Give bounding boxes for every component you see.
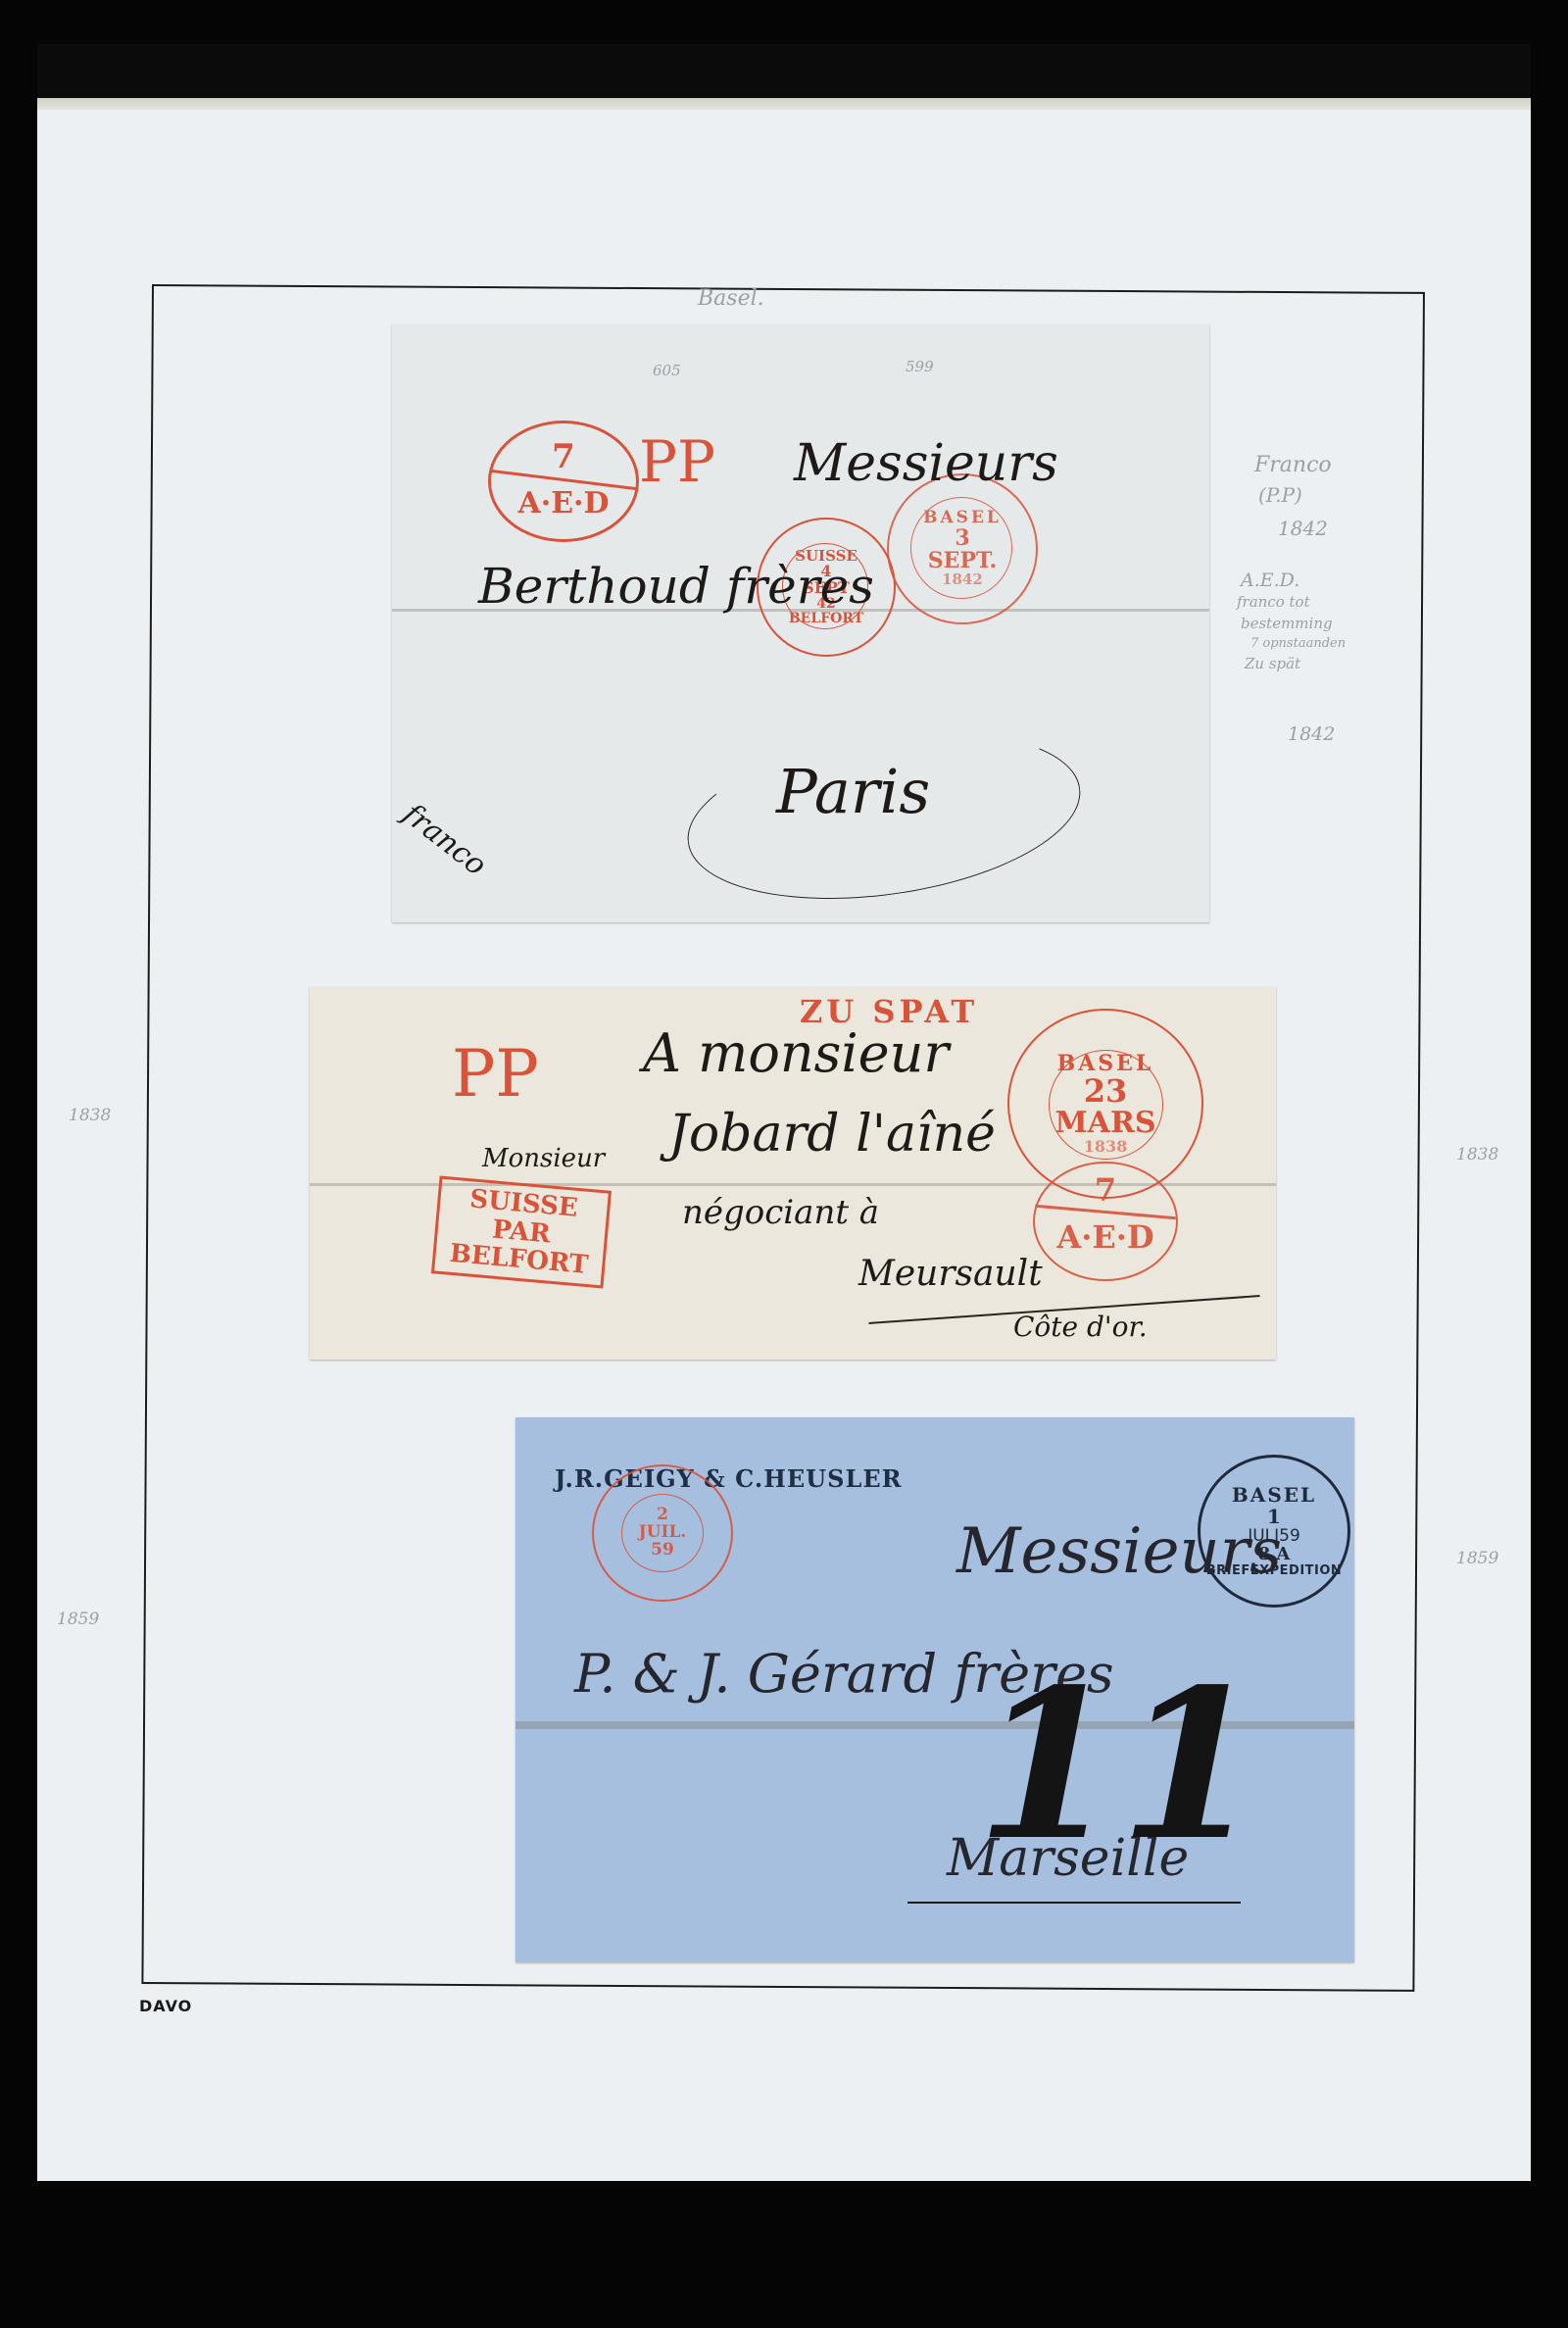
aed-oval-stamp: 7 A·E·D	[1033, 1162, 1178, 1281]
basel-cds-stamp: BASEL 3 SEPT. 1842	[887, 473, 1038, 624]
pencil-note-left-1838: 1838	[69, 1106, 111, 1125]
address-messieurs: Messieurs	[794, 434, 1058, 493]
note-line: 1842	[1278, 517, 1433, 540]
cover-1838-meursault[interactable]: ZU SPAT PP SUISSE PAR BELFORT BASEL 23 M…	[310, 987, 1276, 1360]
aed-oval-stamp: 7 A·E·D	[488, 421, 639, 542]
stamp-top-text: 7	[491, 437, 636, 476]
cover-1859-marseille[interactable]: J.R.GEIGY & C.HEUSLER 2 JUIL. 59 BASEL 1…	[515, 1417, 1354, 1962]
stamp-bottom-text: A·E·D	[1035, 1218, 1176, 1256]
page-top-edge	[37, 98, 1531, 110]
inner-ring	[621, 1494, 704, 1572]
background-top-band	[37, 44, 1531, 101]
cover-1842-paris[interactable]: 605 599 7 A·E·D PP BASEL 3 SEPT. 1842 SU…	[392, 324, 1209, 922]
suisse-cds-stamp: 2 JUIL. 59	[592, 1464, 733, 1602]
address-a-monsieur: A monsieur	[643, 1022, 949, 1084]
pp-handstamp: PP	[452, 1036, 539, 1112]
davo-brand-label: DAVO	[139, 1997, 192, 2015]
stamp-year: 1842	[942, 572, 983, 588]
note-line: (P.P)	[1258, 483, 1433, 507]
note-line: Franco	[1254, 453, 1433, 477]
suisse-par-belfort-box-stamp: SUISSE PAR BELFORT	[431, 1176, 612, 1289]
stamp-year: 1838	[1084, 1139, 1128, 1156]
address-berthoud-freres: Berthoud frères	[478, 558, 874, 615]
pencil-note-basel: Basel.	[698, 286, 764, 311]
right-margin-notes: Franco (P.P) 1842 A.E.D. franco tot best…	[1237, 453, 1433, 745]
note-line: A.E.D.	[1241, 570, 1433, 591]
pencil-note-left-1859: 1859	[57, 1610, 99, 1629]
tax-mark-handwritten: 11	[976, 1662, 1262, 1868]
franco-note: franco	[396, 797, 492, 883]
pp-handstamp: PP	[639, 428, 715, 495]
address-region-cote-dor: Côte d'or.	[1013, 1311, 1148, 1343]
sender-imprint: J.R.GEIGY & C.HEUSLER	[555, 1464, 903, 1493]
note-line: Zu spät	[1245, 655, 1433, 672]
address-negociant: négociant à	[682, 1193, 879, 1232]
address-underline	[907, 1902, 1241, 1904]
address-messieurs: Messieurs	[956, 1515, 1282, 1588]
note-line: bestemming	[1241, 615, 1433, 632]
stamp-town: BASEL	[1200, 1484, 1347, 1506]
pencil-number-605: 605	[653, 362, 681, 379]
pencil-note-right-1859: 1859	[1456, 1549, 1498, 1568]
stamp-bottom-text: A·E·D	[491, 486, 636, 520]
note-line: 1842	[1288, 723, 1433, 745]
address-city-paris: Paris	[776, 756, 930, 827]
note-line: 7 opnstaanden	[1250, 636, 1433, 651]
address-city-meursault: Meursault	[858, 1254, 1043, 1294]
stamp-top-text: 7	[1035, 1171, 1176, 1209]
pencil-note-right-1838: 1838	[1456, 1145, 1498, 1164]
note-line: franco tot	[1237, 593, 1433, 611]
pencil-number-599: 599	[906, 358, 934, 375]
address-monsieur: Monsieur	[482, 1144, 605, 1173]
address-jobard: Jobard l'aîné	[668, 1105, 996, 1164]
